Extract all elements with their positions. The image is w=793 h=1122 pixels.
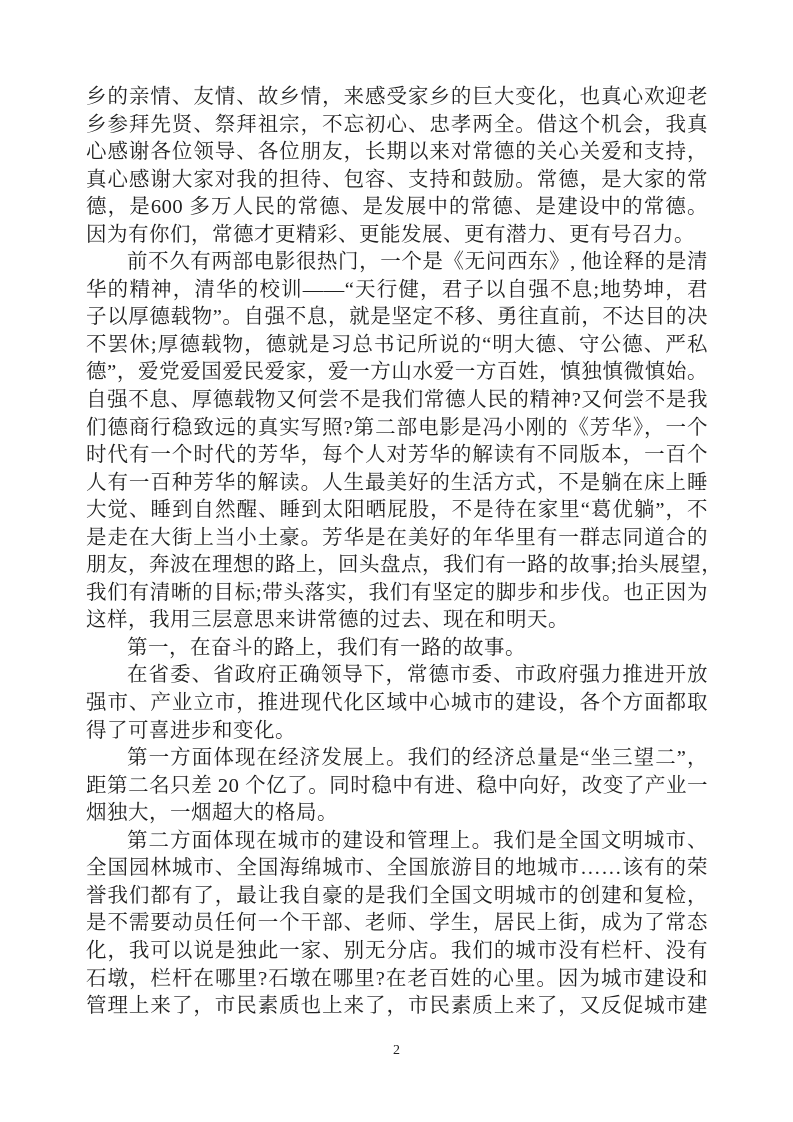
text-line: 全国园林城市、全国海绵城市、全国旅游目的地城市……该有的荣: [86, 855, 708, 883]
text-line: 乡的亲情、友情、故乡情，来感受家乡的巨大变化，也真心欢迎老: [86, 84, 708, 112]
text-line: 大觉、睡到自然醒、睡到太阳晒屁股，不是待在家里“葛优躺”，不: [86, 497, 708, 525]
text-line: 德，是600 多万人民的常德、是发展中的常德、是建设中的常德。: [86, 194, 708, 222]
text-line: 因为有你们，常德才更精彩、更能发展、更有潜力、更有号召力。: [86, 222, 708, 250]
text-line: 烟独大，一烟超大的格局。: [86, 800, 708, 828]
text-line: 第一，在奋斗的路上，我们有一路的故事。: [86, 635, 708, 663]
document-page: 乡的亲情、友情、故乡情，来感受家乡的巨大变化，也真心欢迎老乡参拜先贤、祭拜祖宗，…: [0, 0, 793, 1122]
text-line: 真心感谢大家对我的担待、包容、支持和鼓励。常德，是大家的常: [86, 167, 708, 195]
text-line: 是走在大街上当小土豪。芳华是在美好的年华里有一群志同道合的: [86, 525, 708, 553]
text-line: 管理上来了，市民素质也上来了，市民素质上来了，又反促城市建: [86, 993, 708, 1021]
text-line: 第二方面体现在城市的建设和管理上。我们是全国文明城市、: [86, 828, 708, 856]
text-line: 化，我可以说是独此一家、别无分店。我们的城市没有栏杆、没有: [86, 938, 708, 966]
text-line: 强市、产业立市，推进现代化区域中心城市的建设，各个方面都取: [86, 690, 708, 718]
text-line: 誉我们都有了，最让我自豪的是我们全国文明城市的创建和复检，: [86, 883, 708, 911]
text-line: 自强不息、厚德载物又何尝不是我们常德人民的精神?又何尝不是我: [86, 387, 708, 415]
text-line: 距第二名只差 20 个亿了。同时稳中有进、稳中向好，改变了产业一: [86, 773, 708, 801]
text-line: 第一方面体现在经济发展上。我们的经济总量是“坐三望二”，: [86, 745, 708, 773]
text-line: 华的精神，清华的校训——“天行健，君子以自强不息;地势坤，君: [86, 277, 708, 305]
text-line: 石墩，栏杆在哪里?石墩在哪里?在老百姓的心里。因为城市建设和: [86, 966, 708, 994]
page-footer: 2: [0, 1041, 793, 1059]
text-line: 乡参拜先贤、祭拜祖宗，不忘初心、忠孝两全。借这个机会，我真: [86, 112, 708, 140]
text-line: 是不需要动员任何一个干部、老师、学生，居民上街，成为了常态: [86, 910, 708, 938]
text-line: 在省委、省政府正确领导下，常德市委、市政府强力推进开放: [86, 662, 708, 690]
text-line: 这样，我用三层意思来讲常德的过去、现在和明天。: [86, 607, 708, 635]
text-line: 人有一百种芳华的解读。人生最美好的生活方式，不是躺在床上睡: [86, 470, 708, 498]
text-line: 时代有一个时代的芳华，每个人对芳华的解读有不同版本，一百个: [86, 442, 708, 470]
text-block: 乡的亲情、友情、故乡情，来感受家乡的巨大变化，也真心欢迎老乡参拜先贤、祭拜祖宗，…: [86, 84, 708, 1021]
text-line: 前不久有两部电影很热门，一个是《无问西东》, 他诠释的是清: [86, 249, 708, 277]
text-line: 们德商行稳致远的真实写照?第二部电影是冯小刚的《芳华》，一个: [86, 415, 708, 443]
text-line: 心感谢各位领导、各位朋友，长期以来对常德的关心关爱和支持，: [86, 139, 708, 167]
text-line: 德”，爱党爱国爱民爱家，爱一方山水爱一方百姓，慎独慎微慎始。: [86, 359, 708, 387]
text-line: 子以厚德载物”。自强不息，就是坚定不移、勇往直前，不达目的决: [86, 304, 708, 332]
text-line: 我们有清晰的目标;带头落实，我们有坚定的脚步和步伐。也正因为: [86, 580, 708, 608]
text-line: 朋友，奔波在理想的路上，回头盘点，我们有一路的故事;抬头展望，: [86, 552, 708, 580]
page-number: 2: [393, 1043, 400, 1058]
text-line: 得了可喜进步和变化。: [86, 718, 708, 746]
text-line: 不罢休;厚德载物，德就是习总书记所说的“明大德、守公德、严私: [86, 332, 708, 360]
